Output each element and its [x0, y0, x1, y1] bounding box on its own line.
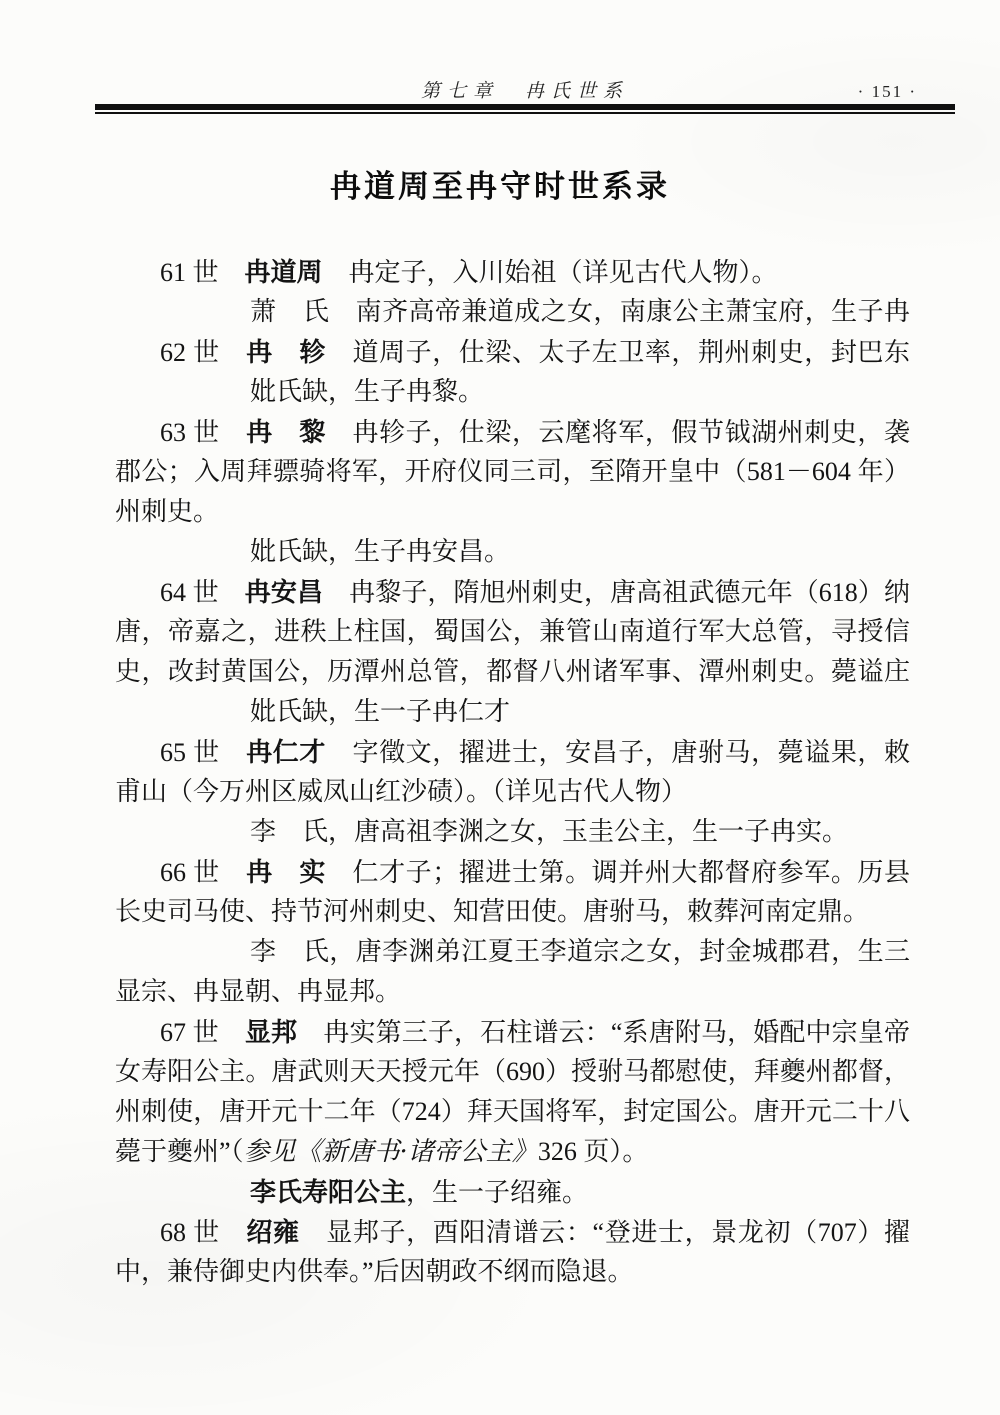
text-line: 显宗、冉显朝、冉显邦。: [115, 972, 910, 1012]
text-line: 州刺使，唐开元十二年（724）拜天国将军，封定国公。唐开元二十八年(740）: [115, 1092, 910, 1132]
person-name: 冉 黎: [246, 417, 326, 447]
text-segment: 参见《新唐书·诸帝公主》: [244, 1137, 538, 1167]
text-line: 64 世 冉安昌 冉黎子，隋旭州刺史，唐高祖武德元年（618）纳土入: [115, 572, 910, 612]
text-line: 61 世 冉道周 冉定子，入川始祖（详见古代人物）。: [115, 252, 910, 292]
text-segment: 显宗、冉显朝、冉显邦。: [115, 977, 401, 1006]
text-line: 68 世 绍雍 显邦子，酉阳清谱云：“登进士，景龙初（707）擢给事: [115, 1212, 910, 1252]
text-segment: [220, 738, 247, 767]
text-segment: 中，兼侍御史内供奉。”后因朝政不纲而隐退。: [115, 1257, 634, 1286]
person-name: 冉道周: [245, 257, 323, 287]
text-segment: 郡公；入周拜骠骑将军，开府仪同三司，至隋开皇中（581－604 年）为旭: [115, 457, 910, 492]
text-segment: [219, 578, 245, 607]
person-name: 冉安昌: [245, 577, 323, 607]
text-segment: [220, 418, 247, 447]
text-line: 萧 氏 南齐高帝兼道成之女，南康公主萧宝府，生子冉轸。: [115, 292, 910, 332]
text-segment: 长史司马使、持节河州刺史、知营田使。唐驸马，敕葬河南定鼎。: [115, 897, 869, 926]
person-name: 冉 轸: [246, 337, 326, 367]
text-segment: 甫山（今万州区威凤山红沙碛）。（详见古代人物）: [115, 777, 687, 806]
header-divider: [95, 104, 955, 114]
text-segment: [219, 258, 245, 287]
running-head: 第七章 冉氏世系 · 151 ·: [95, 76, 955, 106]
text-line: 甫山（今万州区威凤山红沙碛）。（详见古代人物）: [115, 772, 910, 812]
person-name: 绍雍: [246, 1217, 299, 1247]
text-line: 中，兼侍御史内供奉。”后因朝政不纲而隐退。: [115, 1252, 910, 1292]
text-line: 薨于夔州”（参见《新唐书·诸帝公主》326 页）。: [115, 1132, 910, 1172]
text-segment: 66 世: [160, 858, 220, 887]
text-segment: 65 世: [160, 738, 220, 767]
text-segment: 李 氏，唐李渊弟江夏王李道宗之女，封金城郡君，生三子冉: [250, 937, 910, 972]
text-segment: 62 世: [160, 338, 220, 367]
text-segment: 妣氏缺，生一子冉仁才: [250, 697, 510, 726]
text-segment: 妣氏缺，生子冉黎。: [250, 377, 484, 406]
text-segment: 326 页）。: [538, 1137, 649, 1166]
text-segment: 妣氏缺，生子冉安昌。: [250, 537, 510, 566]
text-segment: 州刺史。: [115, 497, 219, 526]
text-segment: ，生一子绍雍。: [406, 1178, 588, 1207]
person-name: 冉 实: [246, 857, 326, 887]
text-segment: 67 世: [160, 1018, 219, 1047]
person-name: 显邦: [245, 1017, 297, 1047]
page-number: · 151 ·: [858, 82, 917, 102]
text-line: 妣氏缺，生一子冉仁才: [115, 692, 910, 732]
body-text: 61 世 冉道周 冉定子，入川始祖（详见古代人物）。萧 氏 南齐高帝兼道成之女，…: [115, 252, 910, 1292]
text-segment: 州刺使，唐开元十二年（724）拜天国将军，封定国公。唐开元二十八年(740）: [115, 1097, 910, 1132]
text-segment: 冉定子，入川始祖（详见古代人物）。: [323, 258, 778, 287]
text-line: 66 世 冉 实 仁才子；擢进士第。调并州大都督府参军。历县令、: [115, 852, 910, 892]
text-segment: 68 世: [160, 1218, 220, 1247]
text-line: 李 氏，唐李渊弟江夏王李道宗之女，封金城郡君，生三子冉: [115, 932, 910, 972]
text-line: 郡公；入周拜骠骑将军，开府仪同三司，至隋开皇中（581－604 年）为旭: [115, 452, 910, 492]
text-segment: 64 世: [160, 578, 219, 607]
text-segment: [220, 1218, 247, 1247]
text-line: 李 氏，唐高祖李渊之女，玉圭公主，生一子冉实。: [115, 812, 910, 852]
text-segment: 女寿阳公主。唐武则天天授元年（690）授驸马都慰使，拜夔州都督，率陈: [115, 1057, 910, 1092]
chapter-heading: 第七章 冉氏世系: [95, 76, 955, 103]
text-segment: 萧 氏: [250, 297, 329, 326]
text-line: 唐，帝嘉之，进秩上柱国，蜀国公，兼管山南道行军大总管，寻授信州刺: [115, 612, 910, 652]
book-page: 第七章 冉氏世系 · 151 · 冉道周至冉守时世系录 61 世 冉道周 冉定子…: [0, 0, 1000, 1415]
text-segment: [219, 1018, 245, 1047]
text-line: 长史司马使、持节河州刺史、知营田使。唐驸马，敕葬河南定鼎。: [115, 892, 910, 932]
text-line: 63 世 冉 黎 冉轸子，仕梁，云麾将军，假节钺湖州刺史，袭巴东: [115, 412, 910, 452]
text-line: 李氏寿阳公主，生一子绍雍。: [115, 1172, 910, 1212]
text-segment: 63 世: [160, 418, 220, 447]
text-line: 65 世 冉仁才 字徵文，擢进士，安昌子，唐驸马，薨谥果，敕葬万: [115, 732, 910, 772]
text-segment: 南齐高帝兼道成之女，南康公主萧宝府，生子冉轸。: [250, 297, 910, 332]
text-line: 女寿阳公主。唐武则天天授元年（690）授驸马都慰使，拜夔州都督，率陈: [115, 1052, 910, 1092]
person-name: 李氏寿阳公主: [250, 1177, 406, 1207]
text-segment: 薨于夔州”（: [115, 1137, 244, 1166]
section-title: 冉道周至冉守时世系录: [0, 161, 1000, 206]
text-line: 妣氏缺，生子冉安昌。: [115, 532, 910, 572]
text-line: 州刺史。: [115, 492, 910, 532]
person-name: 冉仁才: [246, 737, 326, 767]
text-segment: 唐，帝嘉之，进秩上柱国，蜀国公，兼管山南道行军大总管，寻授信州刺: [115, 617, 910, 652]
text-line: 67 世 显邦 冉实第三子，石柱谱云：“系唐附马，婚配中宗皇帝之: [115, 1012, 910, 1052]
text-line: 62 世 冉 轸 道周子，仕梁、太子左卫率，荆州刺史，封巴东郡公。: [115, 332, 910, 372]
text-segment: [220, 858, 247, 887]
text-segment: 61 世: [160, 258, 219, 287]
text-line: 妣氏缺，生子冉黎。: [115, 372, 910, 412]
text-line: 史，改封黄国公，历潭州总管，都督八州诸军事、潭州刺史。薨谥庄肃。: [115, 652, 910, 692]
text-segment: 史，改封黄国公，历潭州总管，都督八州诸军事、潭州刺史。薨谥庄肃。: [115, 657, 910, 692]
text-segment: [220, 338, 247, 367]
text-segment: 李 氏，唐高祖李渊之女，玉圭公主，生一子冉实。: [250, 817, 848, 846]
